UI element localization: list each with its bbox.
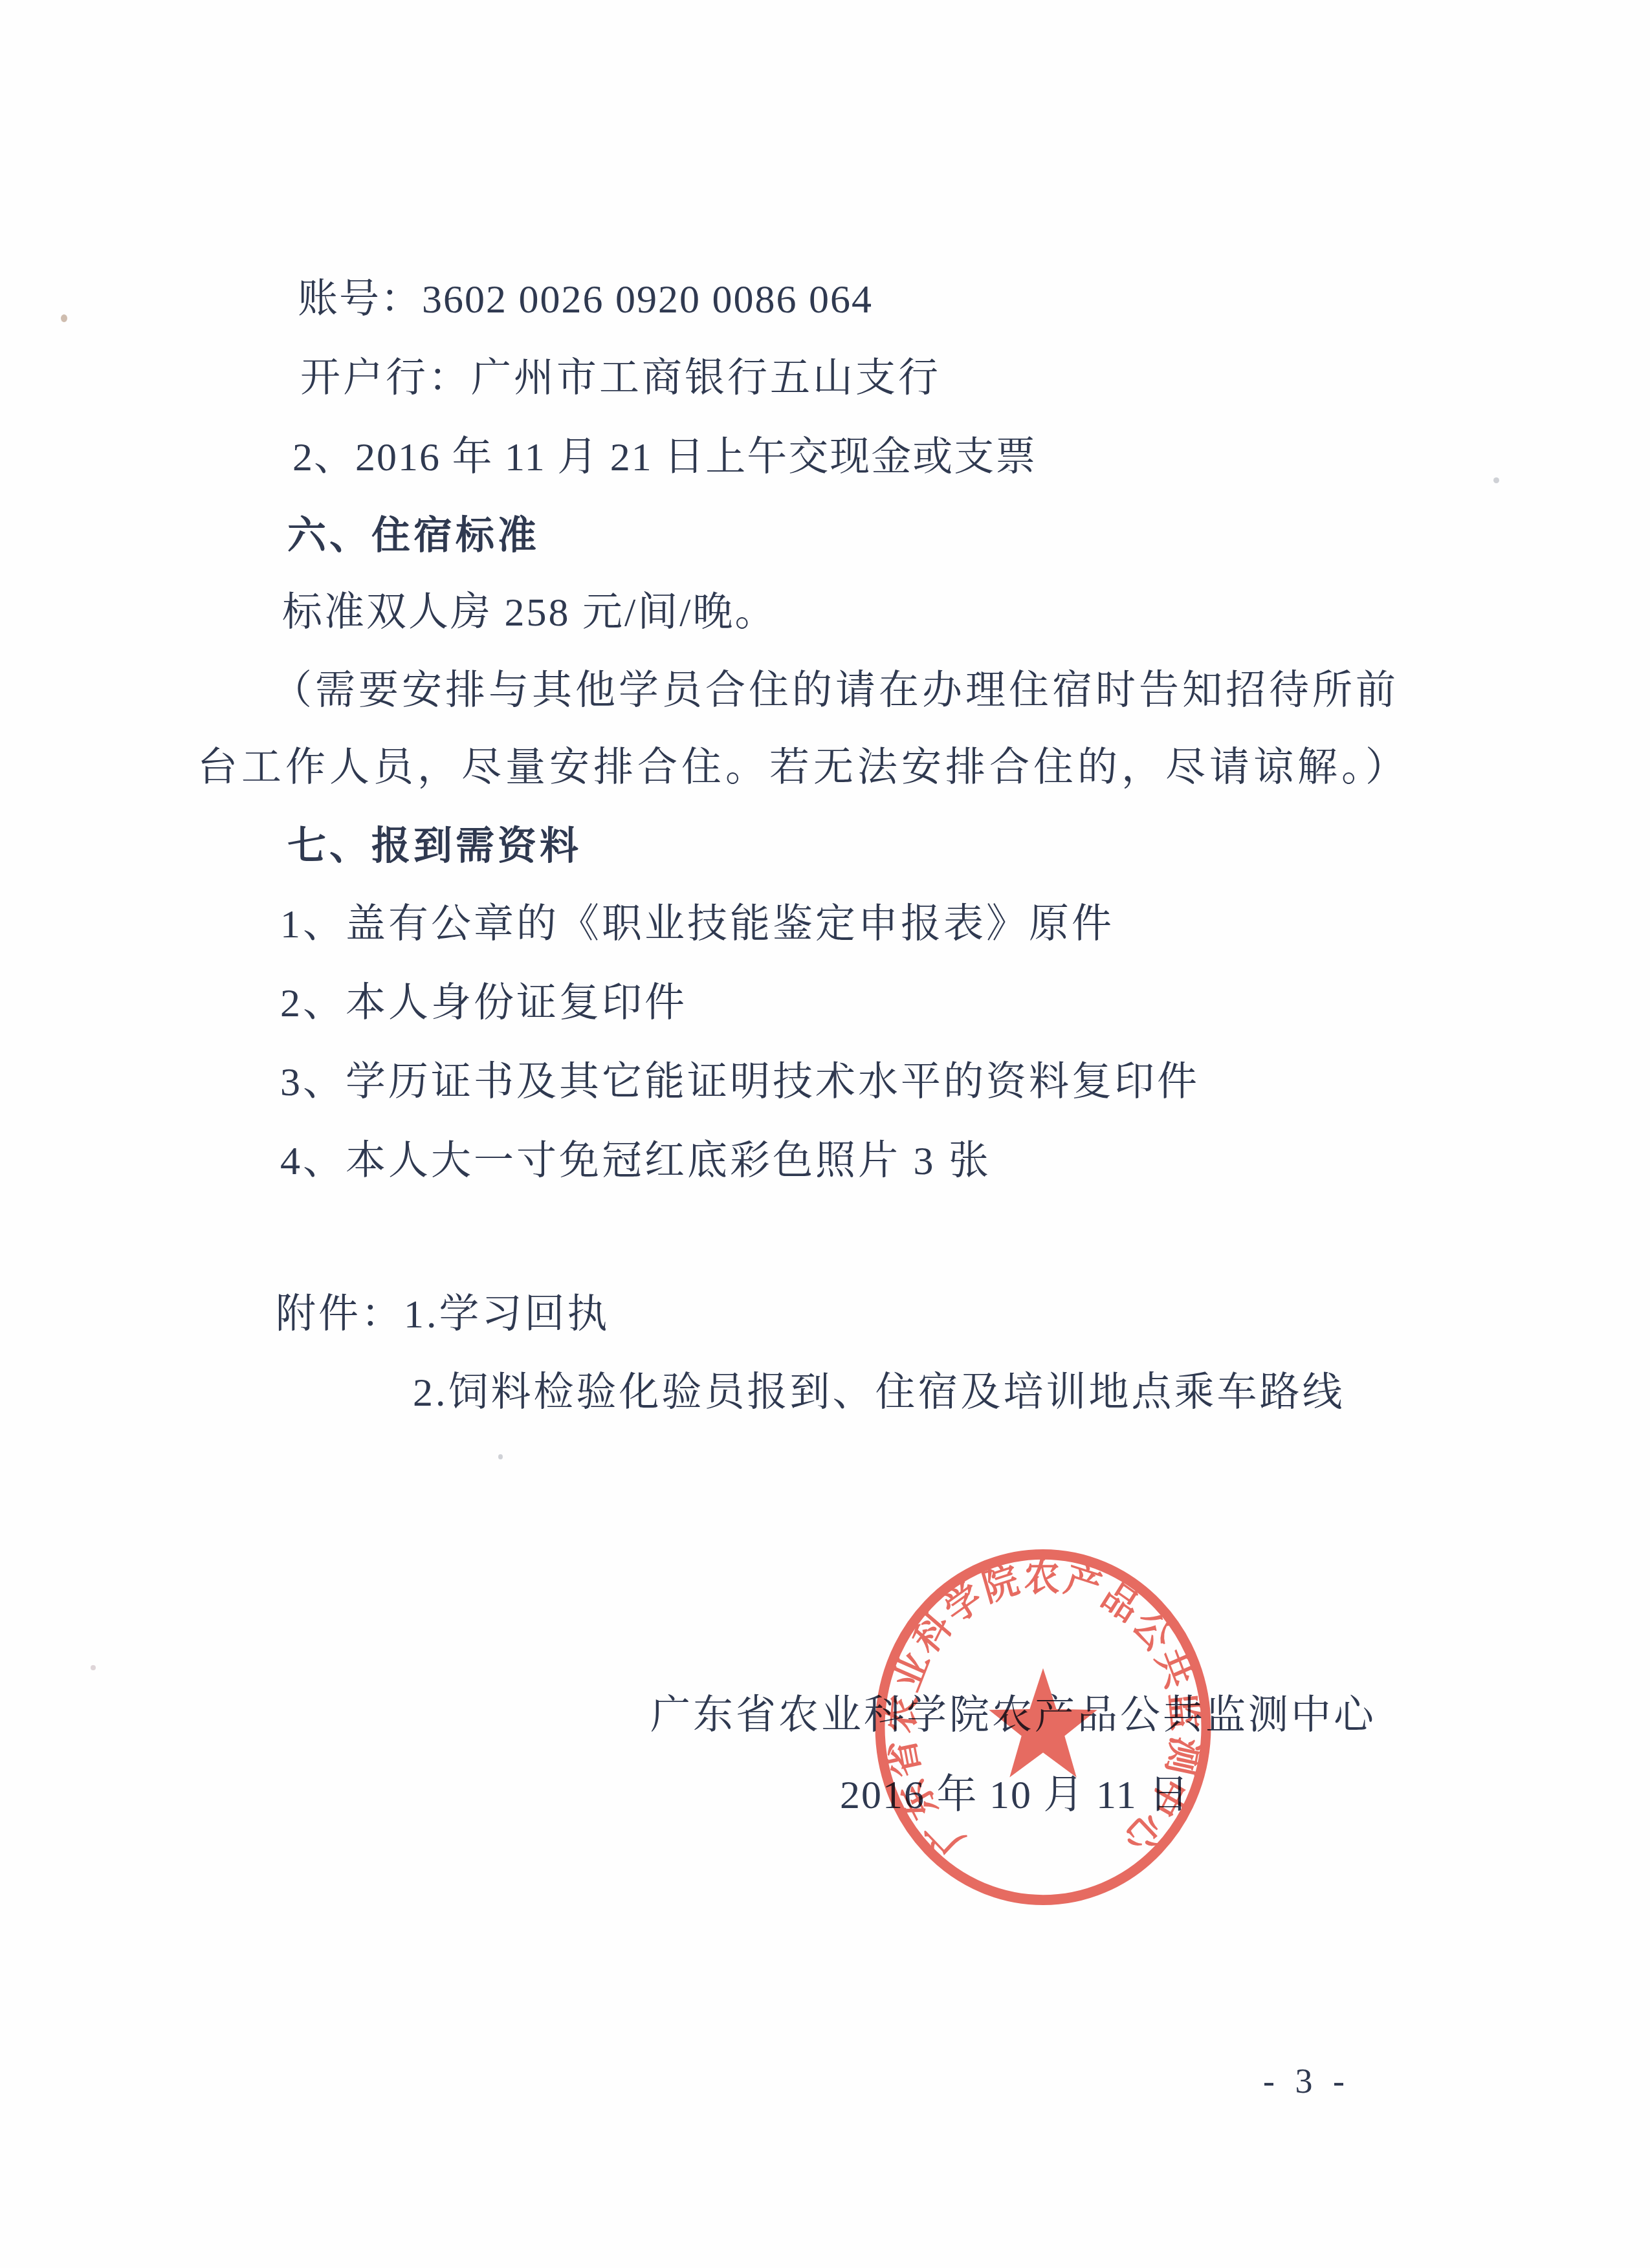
section-heading: 七、报到需资料	[287, 823, 582, 868]
scan-speck	[498, 1454, 503, 1459]
document-line: 4、本人大一寸免冠红底彩色照片 3 张	[280, 1139, 991, 1184]
document-line: 账号：3602 0026 0920 0086 064	[298, 277, 873, 323]
document-line: 2.饲料检验化验员报到、住宿及培训地点乘车路线	[413, 1370, 1345, 1416]
scan-speck	[1493, 477, 1499, 483]
scan-speck	[91, 1665, 96, 1670]
document-line: 标准双人房 258 元/间/晚。	[282, 590, 776, 636]
section-heading: 六、住宿标准	[287, 513, 540, 558]
document-line: 开户行：广州市工商银行五山支行	[300, 356, 941, 402]
page-number: - 3 -	[1263, 2061, 1350, 2101]
official-seal: 广东省农业科学院农产品公共监测中心	[849, 1521, 1237, 1933]
scan-speck	[61, 314, 67, 322]
document-line: 附件：1.学习回执	[276, 1292, 610, 1338]
document-line: 2、本人身份证复印件	[280, 981, 687, 1027]
seal-star-icon	[989, 1668, 1097, 1778]
document-line: 3、学历证书及其它能证明技术水平的资料复印件	[280, 1060, 1200, 1106]
scanned-document-page: 账号：3602 0026 0920 0086 064开户行：广州市工商银行五山支…	[0, 0, 1650, 2268]
document-line: （需要安排与其他学员合住的请在办理住宿时告知招待所前	[272, 668, 1399, 714]
document-line: 1、盖有公章的《职业技能鉴定申报表》原件	[280, 902, 1114, 948]
document-line: 2、2016 年 11 月 21 日上午交现金或支票	[292, 435, 1037, 481]
document-line: 台工作人员，尽量安排合住。若无法安排合住的，尽请谅解。）	[197, 745, 1409, 791]
